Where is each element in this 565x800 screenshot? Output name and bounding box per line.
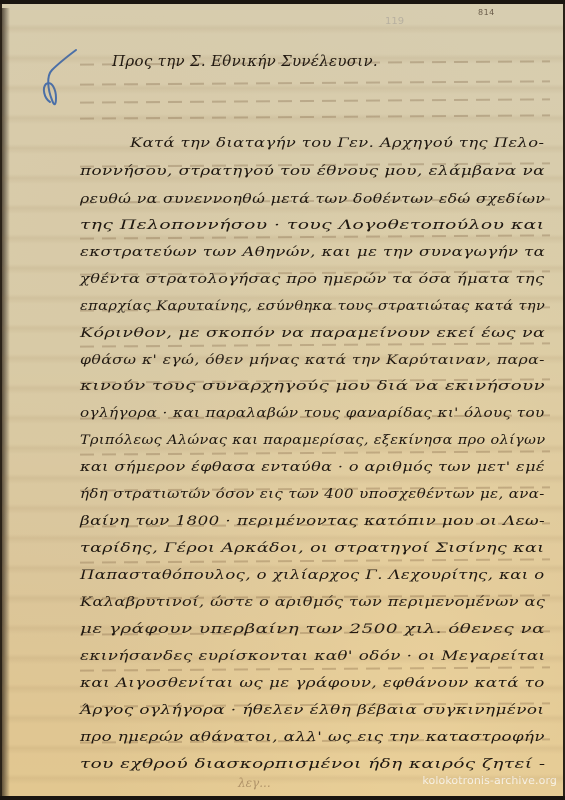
bleed-through (80, 558, 550, 563)
bleed-through (80, 114, 550, 119)
text-line: χθέντα στρατολογήσας προ ημερών τα όσα ή… (80, 272, 544, 287)
blue-pencil-mark-icon (38, 46, 82, 110)
text-line: επαρχίας Καρυταίνης, εσύνθηκα τους στρατ… (80, 299, 545, 314)
letter-salutation: Προς την Σ. Εθνικήν Συνέλευσιν. (112, 52, 378, 70)
manuscript-page: 119 814 Προς την Σ. Εθνικήν Συνέλευσιν. … (2, 4, 563, 796)
text-line: εκστρατεύων των Αθηνών, και με την συναγ… (80, 245, 545, 260)
text-line: Άργος ογλήγορα · ήθελεν έλθη βέβαια συγκ… (80, 703, 544, 718)
text-line: ήδη στρατιωτών όσον εις των 400 υποσχεθέ… (80, 487, 545, 502)
text-line: φθάσω κ' εγώ, όθεν μήνας κατά την Καρύτα… (80, 353, 545, 368)
text-line: βαίνη των 1800 · περιμένοντας κατόπιν μο… (80, 514, 545, 529)
text-line: της Πελοποννήσου · τους Λογοθετοπούλου κ… (80, 218, 545, 233)
text-line: ποννήσου, στρατηγού του έθνους μου, ελάμ… (80, 164, 545, 179)
text-line: Καλαβρυτινοί, ώστε ο αριθμός των περιμεν… (80, 595, 545, 610)
text-line: ταρίδης, Γέροι Αρκάδοι, οι στρατηγοί Σισ… (80, 541, 544, 556)
bleed-through (80, 450, 550, 455)
text-line: και Αιγοσθενίται ως με γράφουν, εφθάνουν… (80, 676, 545, 691)
text-line: ρευθώ να συνεννοηθώ μετά των δοθέντων εδ… (80, 192, 545, 207)
text-line: με γράφουν υπερβαίνη των 2500 χιλ. όθενε… (80, 622, 545, 637)
bleed-through (80, 80, 550, 85)
bleed-through (80, 234, 550, 239)
page-number: 814 (478, 8, 495, 17)
faint-stamp-number: 119 (385, 16, 404, 27)
archive-watermark: kolokotronis-archive.org (422, 774, 557, 787)
text-line: προ ημερών αθάνατοι, αλλ' ως εις την κατ… (80, 730, 545, 745)
text-line: ογλήγορα · και παραλαβών τους φαναρίδας … (80, 406, 545, 421)
text-line: κινούν τους συναρχηγούς μου διά να εκινή… (80, 379, 545, 394)
bleed-through (80, 98, 550, 103)
text-line: του εχθρού διασκορπισμένοι ήδη καιρός ζη… (80, 757, 546, 772)
bleed-through (80, 666, 550, 671)
text-line: Παπασταθόπουλος, ο χιλίαρχος Γ. Λεχουρίτ… (80, 568, 545, 583)
text-line: Κατά την διαταγήν του Γεν. Αρχηγού της Π… (130, 136, 544, 151)
scan-bottom-border (0, 796, 565, 800)
text-line: Τριπόλεως Αλώνας και παραμερίσας, εξεκίν… (80, 433, 545, 448)
page-edge-shadow (2, 8, 10, 800)
text-line: εκινήσανδες ευρίσκονται καθ' οδόν · οι Μ… (80, 649, 546, 664)
text-line: Κόρινθον, με σκοπόν να παραμείνουν εκεί … (80, 326, 545, 341)
text-line: και σήμερον έφθασα ενταύθα · ο αριθμός τ… (80, 460, 545, 475)
footer-scrawl: λεγ... (238, 776, 271, 790)
bleed-through (80, 342, 550, 347)
